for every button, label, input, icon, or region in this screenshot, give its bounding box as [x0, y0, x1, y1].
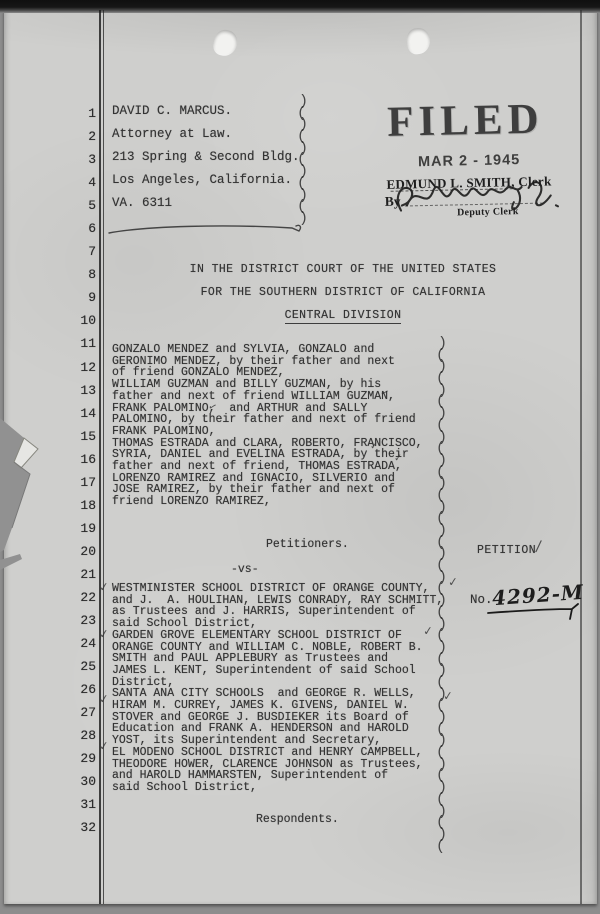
scan-top-edge — [0, 0, 600, 13]
court-heading-line-1: IN THE DISTRICT COURT OF THE UNITED STAT… — [106, 258, 580, 281]
brace-glyph: ( — [436, 396, 445, 408]
versus-label: -vs- — [231, 564, 259, 576]
petitioners-label: Petitioners. — [266, 539, 349, 551]
brace-glyph: ( — [436, 373, 445, 385]
brace-glyph: ( — [297, 131, 306, 143]
brace-glyph: ( — [297, 178, 306, 190]
brace-glyph: ( — [436, 841, 445, 853]
attorney-brace-column: )()()()()() — [299, 96, 308, 225]
brace-glyph: ( — [297, 201, 306, 213]
filed-stamp-date: MAR 2 - 1945 — [418, 152, 521, 170]
brace-glyph: ( — [436, 350, 445, 362]
brace-glyph: ( — [436, 560, 445, 572]
brace-glyph: ( — [436, 817, 445, 829]
respondents-label: Respondents. — [256, 814, 339, 826]
court-heading-line-2: FOR THE SOUTHERN DISTRICT OF CALIFORNIA — [106, 281, 580, 304]
handwritten-check-mark: ✓ — [98, 739, 110, 752]
filed-stamp: FILED MAR 2 - 1945 EDMUND L. SMITH, Cler… — [367, 93, 585, 229]
handwritten-check-mark: ✓ — [98, 692, 110, 705]
handwritten-check-mark: ✓ — [447, 576, 458, 589]
paper-tear — [0, 402, 48, 602]
brace-glyph: ( — [297, 154, 306, 166]
scanned-court-document: 1 2 3 4 5 6 7 8 9 10 11 12 13 14 15 16 1… — [0, 0, 600, 914]
handwritten-check-mark: ✓ — [98, 580, 110, 593]
handwritten-check-mark: ✓ — [422, 625, 433, 638]
attorney-block: DAVID C. MARCUS. Attorney at Law. 213 Sp… — [112, 100, 300, 215]
brace-glyph: ( — [436, 794, 445, 806]
left-margin-rule — [99, 10, 101, 904]
brace-glyph: ( — [436, 420, 445, 432]
case-number-underline — [486, 601, 584, 621]
line-number-column: 1 2 3 4 5 6 7 8 9 10 11 12 13 14 15 16 1… — [66, 102, 96, 840]
respondents-list: WESTMINISTER SCHOOL DISTRICT OF ORANGE C… — [112, 583, 443, 794]
brace-glyph: ( — [436, 467, 445, 479]
brace-glyph: ( — [436, 490, 445, 502]
brace-glyph: ( — [297, 108, 306, 120]
handwritten-check-mark: ✓ — [442, 690, 453, 703]
brace-glyph: ( — [436, 443, 445, 455]
brace-glyph: ( — [436, 513, 445, 525]
handwritten-check-mark: ✓ — [98, 627, 110, 640]
court-heading-division: CENTRAL DIVISION — [106, 304, 580, 327]
handwritten-check-mark: ✓ — [370, 442, 379, 453]
handwritten-check-mark: ✓ — [394, 454, 403, 465]
petition-label: PETITION — [477, 545, 536, 557]
paper-right-shading — [581, 10, 597, 904]
attorney-block-bracket-line — [106, 222, 308, 238]
filed-stamp-text: FILED — [387, 95, 544, 147]
left-margin-rule-inner — [103, 10, 104, 904]
deputy-clerk-label: Deputy Clerk — [457, 206, 519, 218]
brace-glyph: ( — [436, 537, 445, 549]
court-heading: IN THE DISTRICT COURT OF THE UNITED STAT… — [106, 258, 580, 327]
